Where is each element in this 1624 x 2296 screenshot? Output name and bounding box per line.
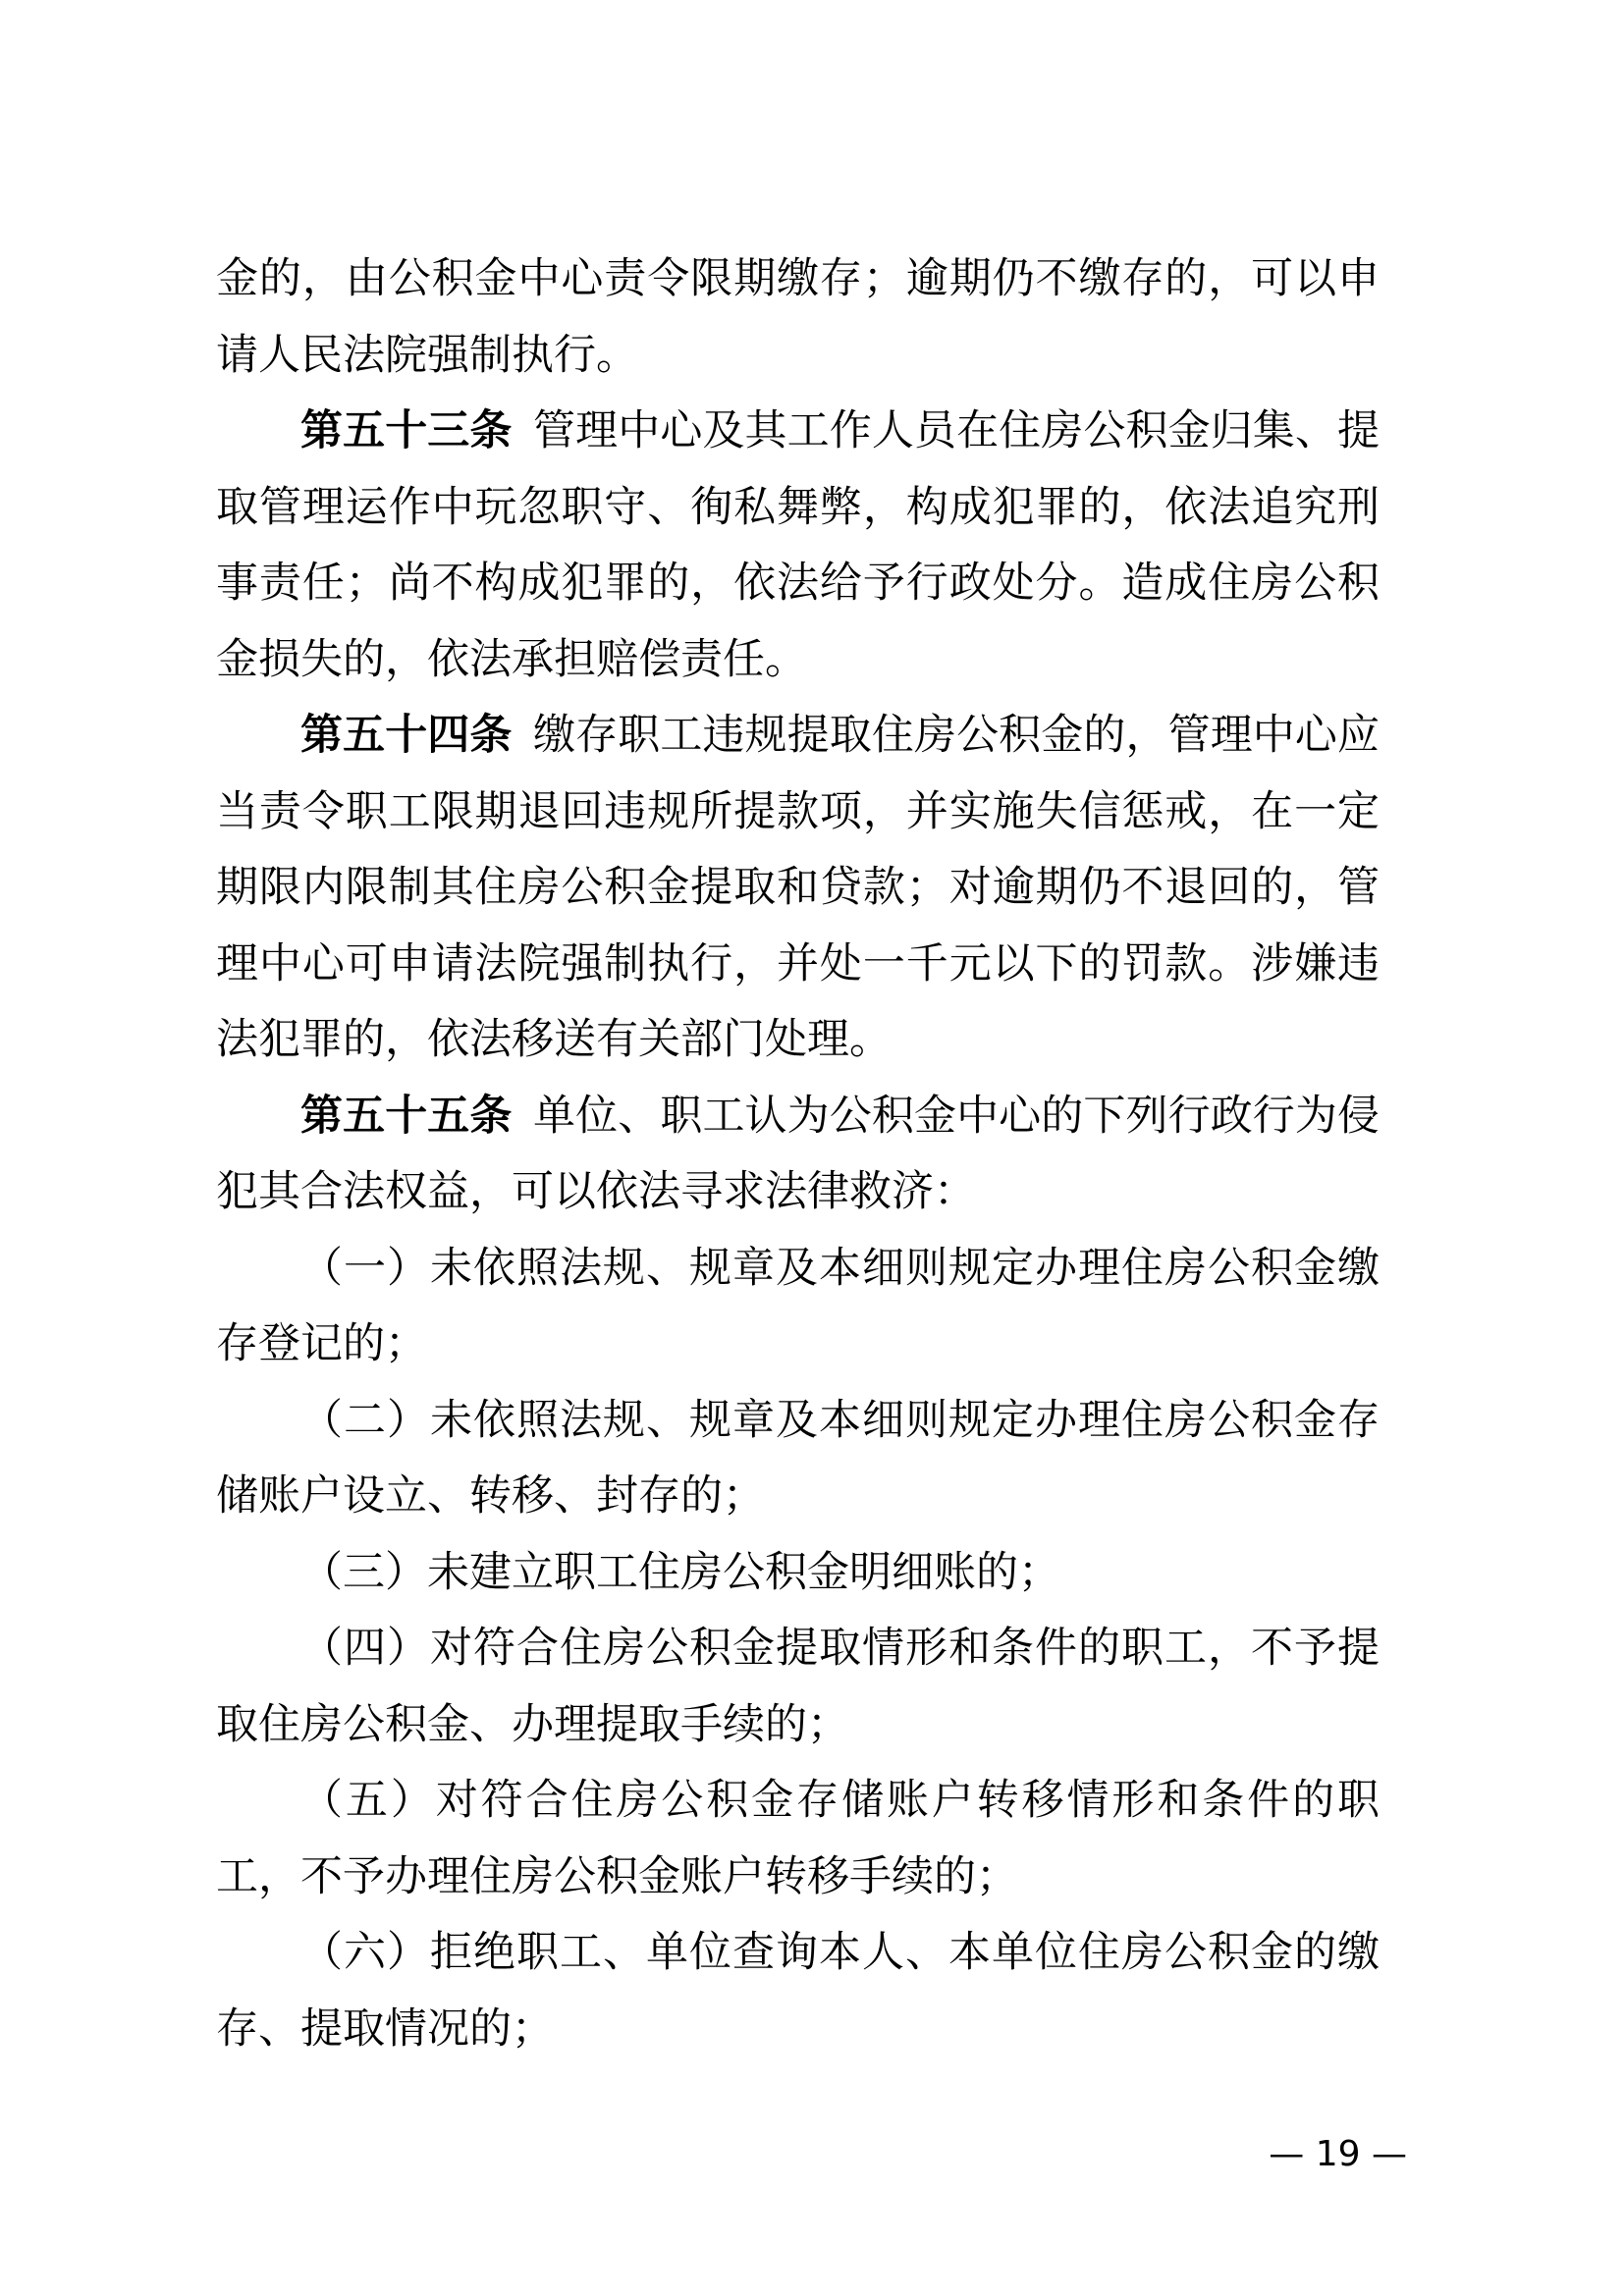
article-number: 第五十四条: [300, 711, 513, 760]
paragraph-text: 缴存职工违规提取住房公积金的，管理中心应当责令职工限期退回违规所提款项，并实施失…: [216, 711, 1380, 1064]
paragraph: 第五十三条管理中心及其工作人员在住房公积金归集、提取管理运作中玩忽职守、徇私舞弊…: [216, 394, 1380, 698]
paragraph-text: 金的，由公积金中心责令限期缴存；逾期仍不缴存的，可以申请人民法院强制执行。: [216, 254, 1380, 380]
paragraph-text: （一）未依照法规、规章及本细则规定办理住房公积金缴存登记的；: [216, 1244, 1380, 1369]
page-footer: — 19 —: [216, 2130, 1407, 2179]
paragraph: 金的，由公积金中心责令限期缴存；逾期仍不缴存的，可以申请人民法院强制执行。: [216, 241, 1380, 394]
article-number: 第五十三条: [300, 406, 513, 455]
paragraph: （四）对符合住房公积金提取情形和条件的职工，不予提取住房公积金、办理提取手续的；: [216, 1611, 1380, 1763]
paragraph: 第五十四条缴存职工违规提取住房公积金的，管理中心应当责令职工限期退回违规所提款项…: [216, 698, 1380, 1079]
paragraph: 第五十五条单位、职工认为公积金中心的下列行政行为侵犯其合法权益，可以依法寻求法律…: [216, 1079, 1380, 1231]
paragraph: （六）拒绝职工、单位查询本人、本单位住房公积金的缴存、提取情况的；: [216, 1915, 1380, 2067]
paragraph: （三）未建立职工住房公积金明细账的；: [216, 1535, 1380, 1612]
document-body: 金的，由公积金中心责令限期缴存；逾期仍不缴存的，可以申请人民法院强制执行。第五十…: [216, 241, 1380, 2067]
paragraph-text: （三）未建立职工住房公积金明细账的；: [300, 1548, 1060, 1597]
paragraph-text: （二）未依照法规、规章及本细则规定办理住房公积金存储账户设立、转移、封存的；: [216, 1396, 1380, 1522]
paragraph-text: （五）对符合住房公积金存储账户转移情形和条件的职工，不予办理住房公积金账户转移手…: [216, 1776, 1380, 1901]
paragraph: （五）对符合住房公积金存储账户转移情形和条件的职工，不予办理住房公积金账户转移手…: [216, 1763, 1380, 1915]
page-number: — 19 —: [1269, 2134, 1407, 2174]
paragraph-text: （四）对符合住房公积金提取情形和条件的职工，不予提取住房公积金、办理提取手续的；: [216, 1624, 1380, 1749]
document-page: 金的，由公积金中心责令限期缴存；逾期仍不缴存的，可以申请人民法院强制执行。第五十…: [0, 0, 1624, 2296]
paragraph: （二）未依照法规、规章及本细则规定办理住房公积金存储账户设立、转移、封存的；: [216, 1383, 1380, 1535]
article-number: 第五十五条: [300, 1092, 513, 1141]
paragraph: （一）未依照法规、规章及本细则规定办理住房公积金缴存登记的；: [216, 1231, 1380, 1383]
paragraph-text: （六）拒绝职工、单位查询本人、本单位住房公积金的缴存、提取情况的；: [216, 1928, 1380, 2054]
